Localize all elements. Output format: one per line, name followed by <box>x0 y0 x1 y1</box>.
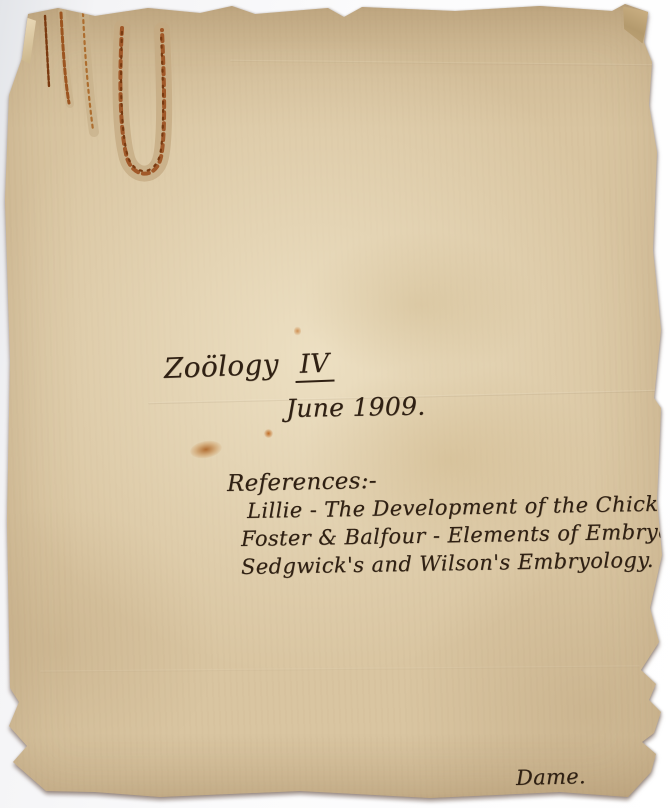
rust-paperclip-stains <box>0 0 230 210</box>
folded-corner-top-right <box>618 3 652 45</box>
rust-spot <box>189 438 223 460</box>
reference-item: Lillie - The Development of the Chick. <box>247 492 666 523</box>
paper-crease <box>40 665 640 672</box>
paper-sheet: ZoölogyIV June 1909. References:- Lillie… <box>0 0 670 808</box>
water-stain <box>300 230 540 380</box>
rust-spot <box>294 326 301 336</box>
course-title-text: Zoölogy <box>163 348 279 385</box>
reference-item: Sedgwick's and Wilson's Embryology. <box>241 548 654 579</box>
paper-shadow-wrap: ZoölogyIV June 1909. References:- Lillie… <box>0 0 670 808</box>
scanned-page: ZoölogyIV June 1909. References:- Lillie… <box>0 0 670 808</box>
date-line: June 1909. <box>286 392 426 423</box>
reference-item: Foster & Balfour - Elements of Embryolog… <box>241 519 670 551</box>
signature: Dame. <box>516 764 586 790</box>
references-heading: References:- <box>227 468 377 497</box>
page-title: ZoölogyIV <box>163 345 335 388</box>
course-number-underlined: IV <box>294 348 335 382</box>
rust-spot <box>264 429 273 438</box>
paper-crease <box>230 60 660 67</box>
